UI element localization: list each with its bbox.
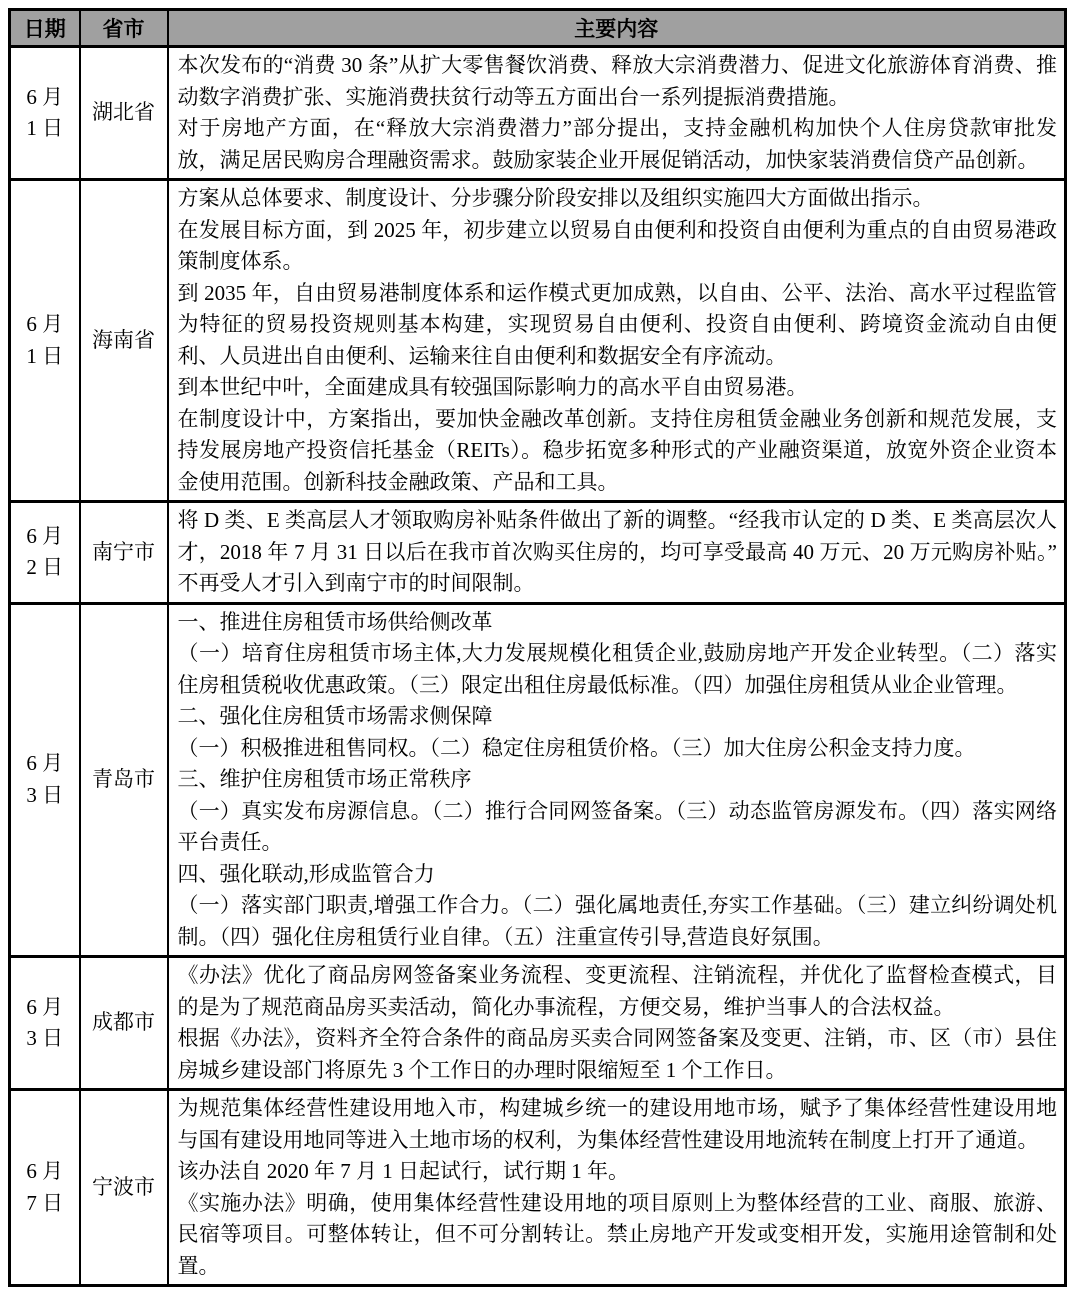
content-paragraph: （一）落实部门职责,增强工作合力。（二）强化属地责任,夯实工作基础。（三）建立纠…	[178, 890, 1058, 953]
date-line: 6 月	[13, 521, 77, 553]
date-cell: 6 月7 日	[10, 1090, 80, 1286]
date-line: 6 月	[13, 1156, 77, 1188]
policy-table: 日期 省市 主要内容 6 月1 日湖北省本次发布的“消费 30 条”从扩大零售餐…	[8, 8, 1067, 1287]
content-cell: 本次发布的“消费 30 条”从扩大零售餐饮消费、释放大宗消费潜力、促进文化旅游体…	[168, 47, 1066, 180]
date-line: 6 月	[13, 309, 77, 341]
content-paragraph: 根据《办法》，资料齐全符合条件的商品房买卖合同网签备案及变更、注销，市、区（市）…	[178, 1023, 1058, 1086]
content-paragraph: （一）积极推进租售同权。（二）稳定住房租赁价格。（三）加大住房公积金支持力度。	[178, 733, 1058, 765]
date-cell: 6 月3 日	[10, 957, 80, 1090]
content-cell: 将 D 类、E 类高层人才领取购房补贴条件做出了新的调整。“经我市认定的 D 类…	[168, 502, 1066, 604]
content-cell: 《办法》优化了商品房网签备案业务流程、变更流程、注销流程，并优化了监督检查模式，…	[168, 957, 1066, 1090]
content-cell: 方案从总体要求、制度设计、分步骤分阶段安排以及组织实施四大方面做出指示。在发展目…	[168, 180, 1066, 502]
content-paragraph: 为规范集体经营性建设用地入市，构建城乡统一的建设用地市场，赋予了集体经营性建设用…	[178, 1093, 1058, 1156]
content-paragraph: 本次发布的“消费 30 条”从扩大零售餐饮消费、释放大宗消费潜力、促进文化旅游体…	[178, 50, 1058, 113]
content-paragraph: （一）培育住房租赁市场主体,大力发展规模化租赁企业,鼓励房地产开发企业转型。（二…	[178, 638, 1058, 701]
table-row: 6 月7 日宁波市为规范集体经营性建设用地入市，构建城乡统一的建设用地市场，赋予…	[10, 1090, 1066, 1286]
content-paragraph: 在发展目标方面，到 2025 年，初步建立以贸易自由便利和投资自由便利为重点的自…	[178, 215, 1058, 278]
table-body: 6 月1 日湖北省本次发布的“消费 30 条”从扩大零售餐饮消费、释放大宗消费潜…	[10, 47, 1066, 1286]
column-header-city: 省市	[80, 10, 168, 47]
table-row: 6 月1 日海南省方案从总体要求、制度设计、分步骤分阶段安排以及组织实施四大方面…	[10, 180, 1066, 502]
date-line: 1 日	[13, 341, 77, 373]
date-line: 6 月	[13, 992, 77, 1024]
content-cell: 一、推进住房租赁市场供给侧改革（一）培育住房租赁市场主体,大力发展规模化租赁企业…	[168, 603, 1066, 957]
content-paragraph: 该办法自 2020 年 7 月 1 日起试行，试行期 1 年。	[178, 1156, 1058, 1188]
date-cell: 6 月3 日	[10, 603, 80, 957]
city-cell: 湖北省	[80, 47, 168, 180]
header-row: 日期 省市 主要内容	[10, 10, 1066, 47]
table-row: 6 月3 日青岛市一、推进住房租赁市场供给侧改革（一）培育住房租赁市场主体,大力…	[10, 603, 1066, 957]
date-line: 3 日	[13, 780, 77, 812]
content-paragraph: 四、强化联动,形成监管合力	[178, 859, 1058, 891]
content-paragraph: 《实施办法》明确，使用集体经营性建设用地的项目原则上为整体经营的工业、商服、旅游…	[178, 1188, 1058, 1283]
table-row: 6 月2 日南宁市将 D 类、E 类高层人才领取购房补贴条件做出了新的调整。“经…	[10, 502, 1066, 604]
column-header-date: 日期	[10, 10, 80, 47]
date-cell: 6 月1 日	[10, 180, 80, 502]
city-cell: 成都市	[80, 957, 168, 1090]
date-line: 6 月	[13, 82, 77, 114]
city-cell: 海南省	[80, 180, 168, 502]
date-line: 7 日	[13, 1188, 77, 1220]
date-cell: 6 月2 日	[10, 502, 80, 604]
date-line: 6 月	[13, 748, 77, 780]
content-paragraph: 到本世纪中叶，全面建成具有较强国际影响力的高水平自由贸易港。	[178, 372, 1058, 404]
content-paragraph: 三、维护住房租赁市场正常秩序	[178, 764, 1058, 796]
content-cell: 为规范集体经营性建设用地入市，构建城乡统一的建设用地市场，赋予了集体经营性建设用…	[168, 1090, 1066, 1286]
table-row: 6 月3 日成都市《办法》优化了商品房网签备案业务流程、变更流程、注销流程，并优…	[10, 957, 1066, 1090]
content-paragraph: 在制度设计中，方案指出，要加快金融改革创新。支持住房租赁金融业务创新和规范发展，…	[178, 404, 1058, 499]
date-line: 1 日	[13, 113, 77, 145]
content-paragraph: （一）真实发布房源信息。（二）推行合同网签备案。（三）动态监管房源发布。（四）落…	[178, 796, 1058, 859]
city-cell: 青岛市	[80, 603, 168, 957]
content-paragraph: 一、推进住房租赁市场供给侧改革	[178, 607, 1058, 639]
date-line: 2 日	[13, 552, 77, 584]
content-paragraph: 将 D 类、E 类高层人才领取购房补贴条件做出了新的调整。“经我市认定的 D 类…	[178, 505, 1058, 600]
table-row: 6 月1 日湖北省本次发布的“消费 30 条”从扩大零售餐饮消费、释放大宗消费潜…	[10, 47, 1066, 180]
document-page: 日期 省市 主要内容 6 月1 日湖北省本次发布的“消费 30 条”从扩大零售餐…	[0, 0, 1075, 1295]
content-paragraph: 方案从总体要求、制度设计、分步骤分阶段安排以及组织实施四大方面做出指示。	[178, 183, 1058, 215]
content-paragraph: 二、强化住房租赁市场需求侧保障	[178, 701, 1058, 733]
column-header-content: 主要内容	[168, 10, 1066, 47]
content-paragraph: 《办法》优化了商品房网签备案业务流程、变更流程、注销流程，并优化了监督检查模式，…	[178, 960, 1058, 1023]
date-cell: 6 月1 日	[10, 47, 80, 180]
content-paragraph: 到 2035 年，自由贸易港制度体系和运作模式更加成熟，以自由、公平、法治、高水…	[178, 278, 1058, 373]
city-cell: 南宁市	[80, 502, 168, 604]
date-line: 3 日	[13, 1023, 77, 1055]
content-paragraph: 对于房地产方面，在“释放大宗消费潜力”部分提出，支持金融机构加快个人住房贷款审批…	[178, 113, 1058, 176]
city-cell: 宁波市	[80, 1090, 168, 1286]
